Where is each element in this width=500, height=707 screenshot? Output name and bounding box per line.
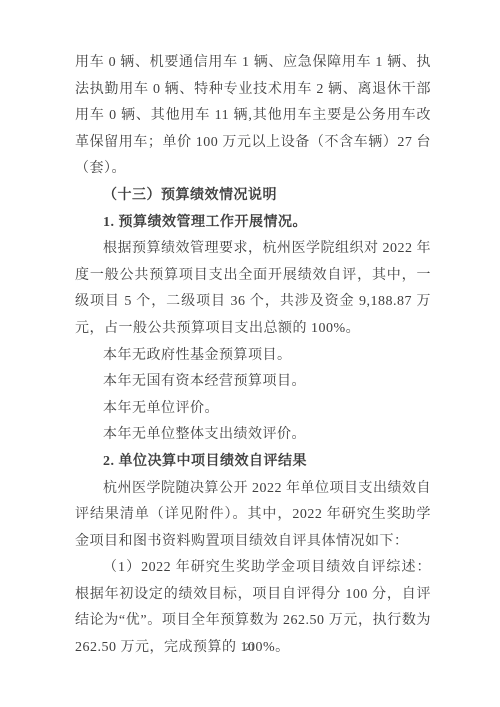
page-number: 21 bbox=[0, 642, 500, 652]
paragraph-no-government-fund-budget: 本年无政府性基金预算项目。 bbox=[75, 343, 431, 370]
paragraph-no-unit-evaluation: 本年无单位评价。 bbox=[75, 396, 431, 423]
section-heading-13-budget-performance: （十三）预算绩效情况说明 bbox=[75, 183, 431, 210]
subsection-heading-2-project-self-evaluation-results: 2. 单位决算中项目绩效自评结果 bbox=[75, 449, 431, 476]
paragraph-no-state-capital-budget: 本年无国有资本经营预算项目。 bbox=[75, 369, 431, 396]
subsection-heading-1-performance-management: 1. 预算绩效管理工作开展情况。 bbox=[75, 210, 431, 237]
document-page: 用车 0 辆、机要通信用车 1 辆、应急保障用车 1 辆、执法执勤用车 0 辆、… bbox=[0, 0, 500, 707]
paragraph-disclosure-list: 杭州医学院随决算公开 2022 年单位项目支出绩效自评结果清单（详见附件）。其中… bbox=[75, 476, 431, 556]
paragraph-vehicle-summary: 用车 0 辆、机要通信用车 1 辆、应急保障用车 1 辆、执法执勤用车 0 辆、… bbox=[75, 50, 431, 183]
paragraph-no-unit-overall-expenditure-evaluation: 本年无单位整体支出绩效评价。 bbox=[75, 422, 431, 449]
paragraph-self-evaluation-overview: 根据预算绩效管理要求，杭州医学院组织对 2022 年度一般公共预算项目支出全面开… bbox=[75, 236, 431, 342]
document-body: 用车 0 辆、机要通信用车 1 辆、应急保障用车 1 辆、执法执勤用车 0 辆、… bbox=[75, 50, 431, 662]
